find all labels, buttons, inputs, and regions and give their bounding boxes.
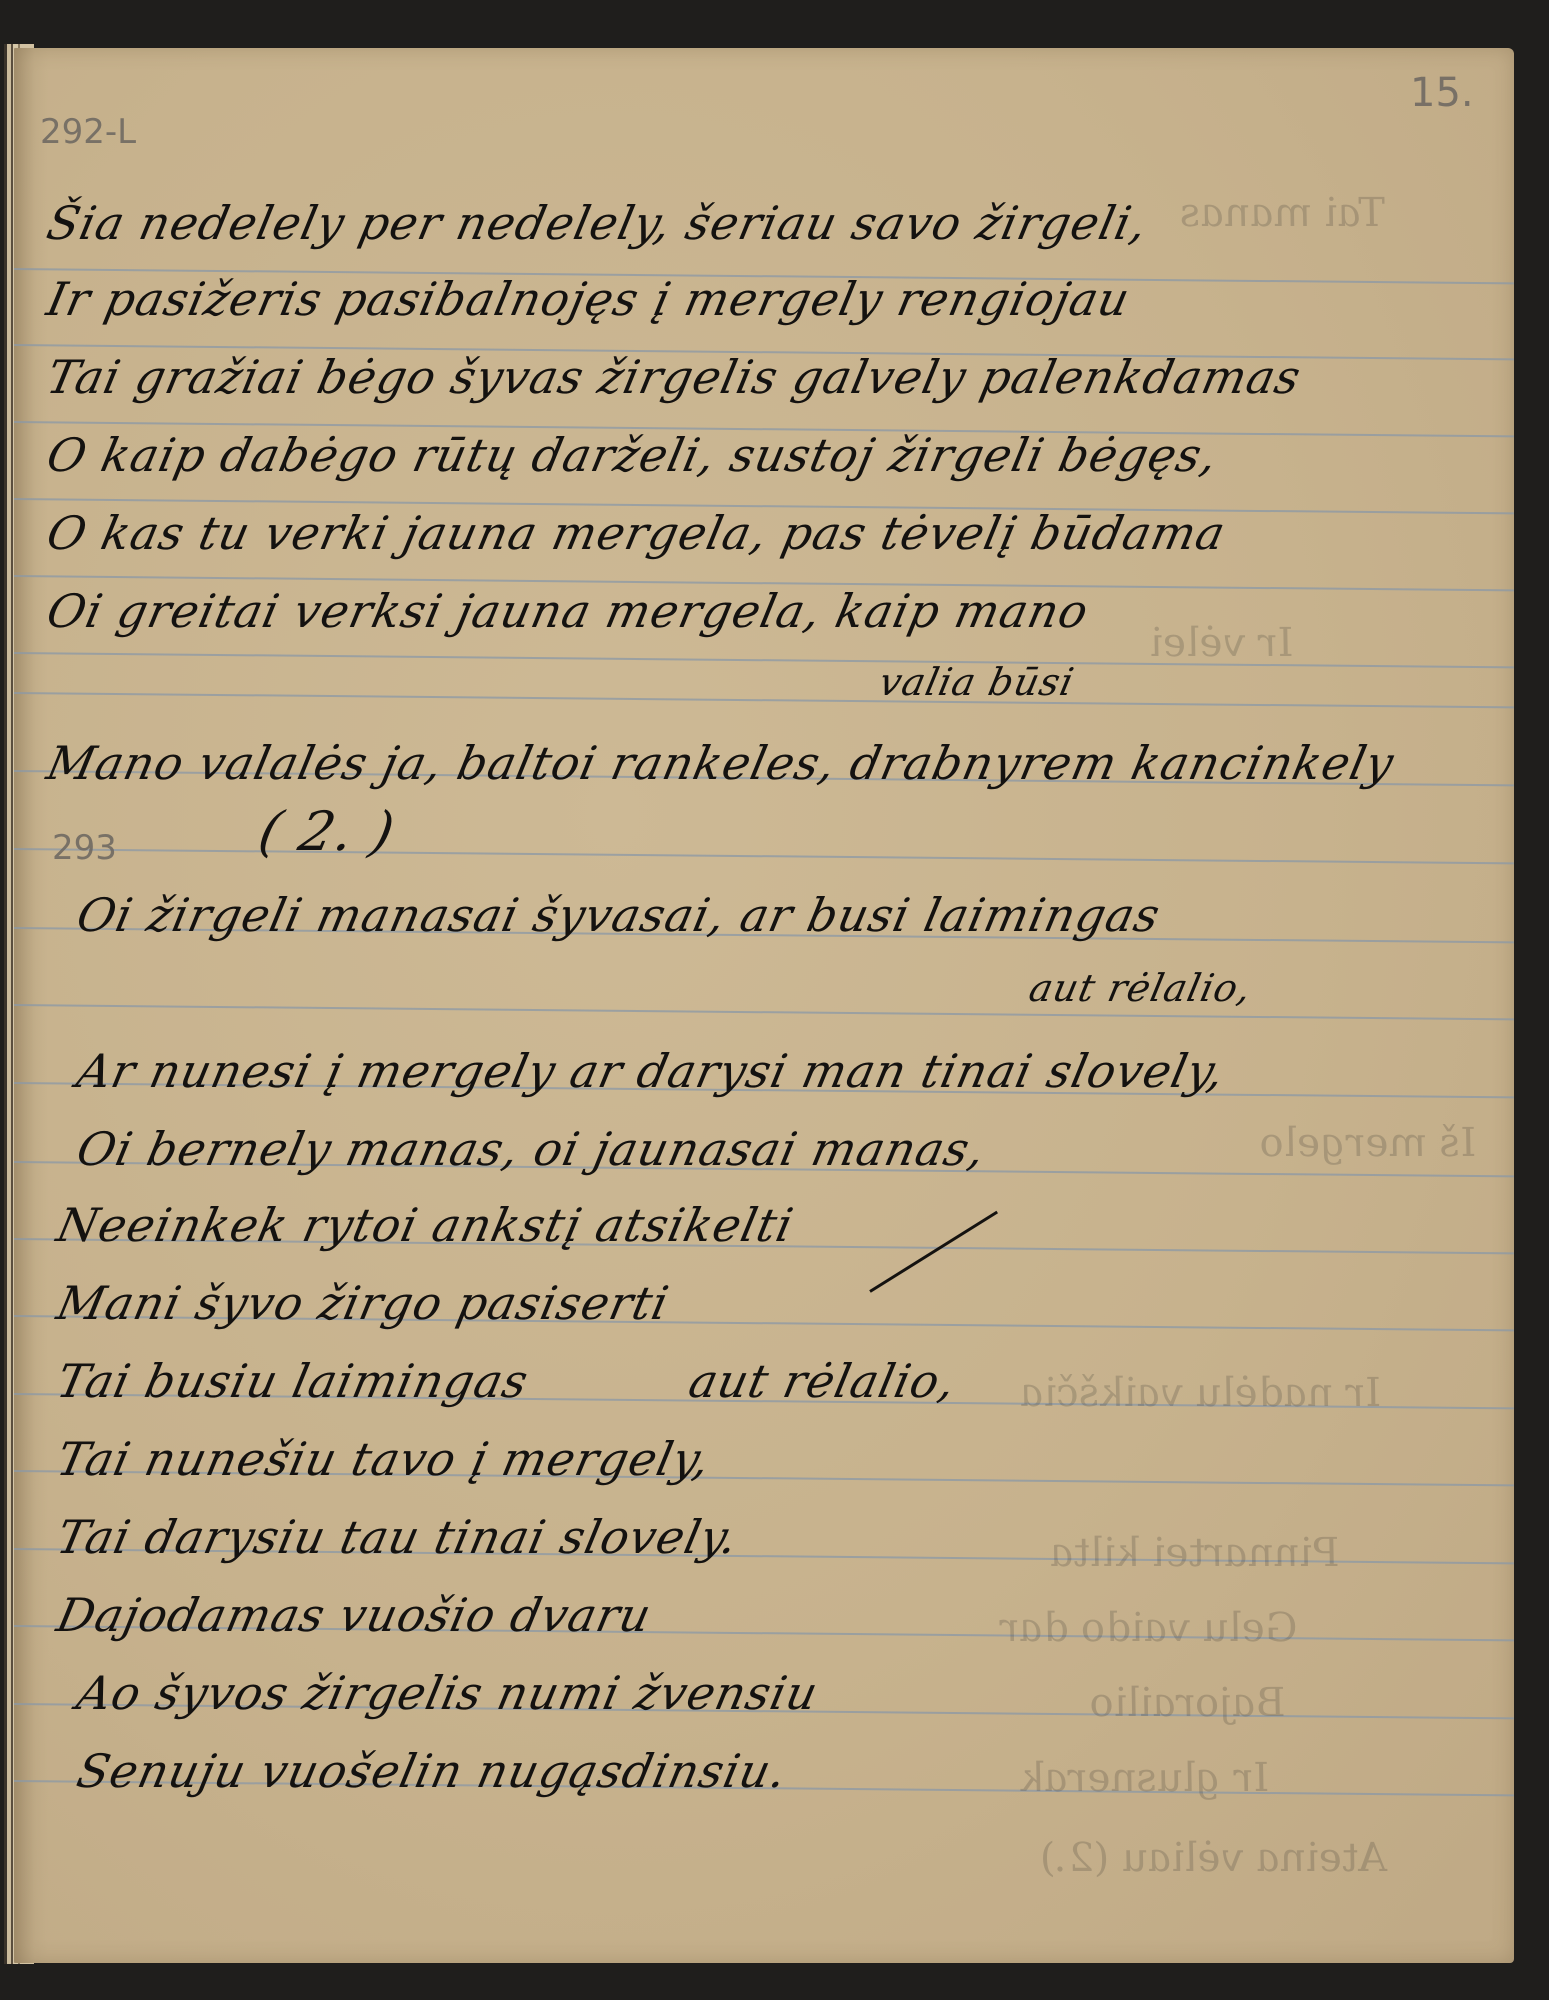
bleed-through-text: Pinnartei kilta (1046, 1530, 1343, 1576)
song-293-line-10: Ao šyvos žirgelis numi žvensiu (72, 1666, 823, 1720)
bleed-through-text: Tai manas (1176, 190, 1389, 236)
bleed-through-text: Ir vėlei (1146, 620, 1297, 666)
song-292-line-2: Ir pasižeris pasibalnojęs į mergely reng… (42, 272, 1135, 326)
song-292-line-6: Oi greitai verksi jauna mergela, kaip ma… (42, 584, 1093, 638)
bleed-through-text: Ir nadėlu vaikščia (1016, 1370, 1385, 1416)
song-293-line-6: Tai busiu laimingas (52, 1354, 533, 1408)
archive-mark-292: 292-L (40, 112, 136, 152)
bleed-through-text: Gelu vaido dar (996, 1605, 1301, 1651)
song-292-insertion: valia būsi (875, 660, 1078, 704)
song-293-line-9: Dajodamas vuošio dvaru (52, 1588, 656, 1642)
repeat-mark: ( 2. ) (253, 800, 400, 863)
bleed-through-text: Iš mergelo (1256, 1120, 1480, 1166)
song-293-line-8: Tai darysiu tau tinai slovely. (52, 1510, 743, 1564)
song-293-line-7: Tai nunešiu tavo į mergely, (52, 1432, 715, 1486)
page-number: 15. (1410, 70, 1474, 116)
song-292-line-4: O kaip dabėgo rūtų darželi, sustoj žirge… (42, 428, 1223, 482)
song-293-line-1: Oi žirgeli manasai šyvasai, ar busi laim… (72, 888, 1165, 942)
bleed-through-text: Ateina vėliau (2.) (1036, 1835, 1391, 1881)
song-292-line-1: Šia nedelely per nedelely, šeriau savo ž… (42, 196, 1152, 250)
song-293-insertion: aut rėlalio, (1025, 966, 1256, 1010)
bleed-through-text: Ir glusnerak (1016, 1755, 1273, 1801)
song-292-line-3: Tai gražiai bėgo šyvas žirgelis galvely … (42, 350, 1306, 404)
archive-mark-293: 293 (52, 828, 117, 868)
song-293-line-4: Neeinkek rytoi ankstį atsikelti (52, 1198, 798, 1252)
song-293-line-5: Mani šyvo žirgo pasiserti (52, 1276, 674, 1330)
song-293-line-2: Ar nunesi į mergely ar darysi man tinai … (72, 1044, 1230, 1098)
song-293-inline-insertion: aut rėlalio, (684, 1354, 961, 1408)
song-292-line-5: O kas tu verki jauna mergela, pas tėvelį… (42, 506, 1230, 560)
song-293-line-3: Oi bernely manas, oi jaunasai manas, (72, 1122, 990, 1176)
song-293-line-11: Senuju vuošelin nugąsdinsiu. (72, 1744, 792, 1798)
song-292-line-7: Mano valalės ja, baltoi rankeles, drabny… (42, 736, 1399, 790)
bleed-through-text: Bajorailio (1086, 1680, 1289, 1726)
